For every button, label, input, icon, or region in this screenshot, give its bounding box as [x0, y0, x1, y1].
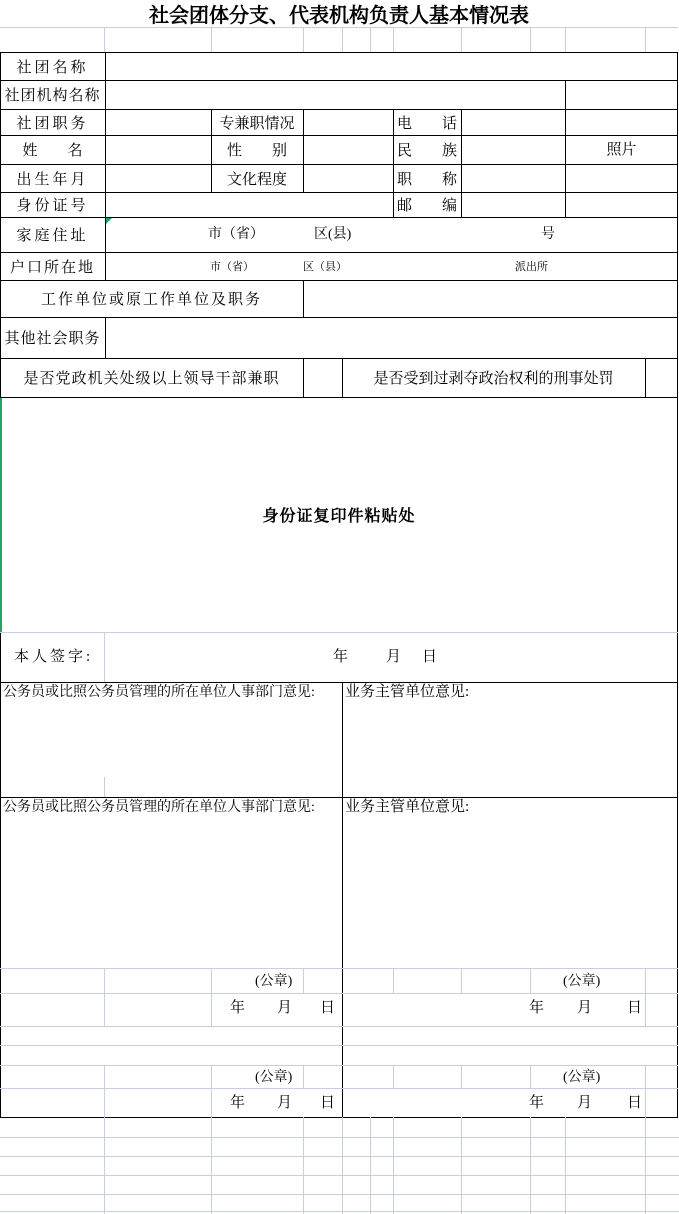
grid-line-v	[104, 1117, 105, 1214]
supervisor-opinion-area-1[interactable]	[343, 683, 676, 796]
grid-line-h	[0, 968, 678, 969]
grid-line-v	[461, 27, 462, 52]
penalty-question-label: 是否受到过剥夺政治权利的刑事处罚	[342, 358, 645, 397]
grid-line-v	[530, 1065, 531, 1088]
grid-line-v	[530, 27, 531, 52]
party-answer-cell[interactable]	[304, 359, 341, 396]
assoc-name-input-cell[interactable]	[106, 53, 677, 79]
grid-line-v	[104, 777, 105, 797]
signature-label: 本人签字:	[14, 649, 93, 666]
grid-line-h	[0, 1194, 679, 1195]
grid-line-h	[0, 1211, 679, 1212]
birth-label: 出生年月	[0, 164, 105, 192]
grid-line-h	[0, 993, 678, 994]
grid-line-v	[211, 993, 212, 1026]
grid-line-v	[370, 1117, 371, 1214]
grid-line-v	[104, 632, 105, 682]
table-border-v	[105, 317, 106, 358]
name-input-cell[interactable]	[106, 136, 210, 163]
table-border-v	[303, 358, 304, 397]
table-border-h	[0, 192, 678, 193]
table-border-v	[211, 109, 212, 192]
table-border-h	[0, 682, 678, 683]
birth-input-cell[interactable]	[106, 165, 210, 191]
grid-line-v	[565, 27, 566, 52]
grid-line-v	[645, 993, 646, 1026]
grid-line-h	[0, 1175, 679, 1176]
table-border-v	[342, 358, 343, 397]
phone-input-cell[interactable]	[462, 110, 564, 134]
grid-line-v	[104, 1065, 105, 1088]
table-border-v	[105, 52, 106, 280]
grid-line-v	[342, 1117, 343, 1214]
table-border-h	[0, 109, 678, 110]
personnel-opinion-area-1[interactable]	[1, 683, 340, 796]
grid-line-h	[0, 1137, 679, 1138]
education-input-cell[interactable]	[304, 165, 392, 191]
table-border-h	[0, 52, 678, 53]
table-border-v	[461, 109, 462, 217]
grid-line-h	[0, 1088, 678, 1089]
table-border-h	[0, 280, 678, 281]
id-number-input-cell[interactable]	[106, 193, 392, 216]
grid-line-v	[530, 1117, 531, 1214]
table-border-h	[0, 397, 678, 398]
grid-line-v	[104, 968, 105, 993]
grid-line-v	[104, 27, 105, 52]
grid-line-v	[530, 968, 531, 993]
table-border-v	[393, 109, 394, 217]
grid-line-v	[104, 1088, 105, 1117]
duty-type-input-cell[interactable]	[304, 110, 392, 134]
table-border-h	[0, 358, 678, 359]
grid-line-v	[211, 27, 212, 52]
org-name-input-cell[interactable]	[106, 81, 564, 108]
table-border-v	[645, 358, 646, 397]
grid-line-v	[393, 968, 394, 993]
grid-line-v	[645, 1088, 646, 1117]
grid-line-v	[565, 1117, 566, 1214]
grid-line-v	[393, 1065, 394, 1088]
org-name-label: 社团机构名称	[0, 80, 105, 109]
form-sheet: 社会团体分支、代表机构负责人基本情况表 社团名称 社团机构名称 社团职务 专兼职…	[0, 0, 679, 1214]
assoc-post-input-cell[interactable]	[106, 110, 210, 134]
grid-line-v	[461, 1065, 462, 1088]
grid-line-h	[0, 1065, 678, 1066]
id-number-label: 身份证号	[0, 192, 105, 217]
table-border-h	[0, 164, 678, 165]
grid-line-v	[645, 27, 646, 52]
gender-label: 性 别	[211, 135, 303, 164]
table-border-h	[0, 217, 678, 218]
table-border-v	[0, 52, 1, 397]
grid-line-v	[393, 1117, 394, 1214]
education-label: 文化程度	[211, 164, 303, 192]
duty-type-label: 专兼职情况	[211, 109, 303, 135]
registry-input-cell[interactable]	[106, 253, 677, 279]
table-border-h	[0, 135, 678, 136]
grid-line-v	[303, 27, 304, 52]
table-border-h	[0, 252, 678, 253]
id-paste-area[interactable]	[1, 398, 677, 631]
grid-line-v	[461, 968, 462, 993]
registry-label: 户口所在地	[0, 252, 105, 280]
table-border-h	[0, 797, 678, 798]
grid-line-v	[211, 1117, 212, 1214]
assoc-name-label: 社团名称	[0, 52, 105, 80]
party-question-label: 是否党政机关处级以上领导干部兼职	[0, 358, 303, 397]
table-border-v	[303, 109, 304, 192]
grid-line-v	[211, 968, 212, 993]
table-border-h	[0, 317, 678, 318]
zip-input-cell[interactable]	[462, 193, 564, 216]
grid-line-v	[461, 1117, 462, 1214]
grid-line-v	[342, 27, 343, 52]
table-border-v	[342, 682, 343, 1117]
ethnicity-label: 民 族	[393, 135, 461, 164]
work-unit-label: 工作单位或原工作单位及职务	[0, 280, 303, 317]
grid-line-v	[104, 993, 105, 1026]
phone-label: 电 话	[393, 109, 461, 135]
name-label: 姓 名	[0, 135, 105, 164]
grid-line-v	[303, 1117, 304, 1214]
prof-title-label: 职 称	[393, 164, 461, 192]
grid-line-v	[211, 1065, 212, 1088]
prof-title-input-cell[interactable]	[462, 165, 564, 191]
grid-line-v	[370, 27, 371, 52]
grid-line-h	[0, 1026, 678, 1027]
signature-input-area[interactable]	[106, 633, 677, 681]
other-posts-input-cell[interactable]	[106, 318, 677, 357]
grid-line-v	[393, 27, 394, 52]
grid-line-v	[645, 1065, 646, 1088]
home-address-label: 家庭住址	[0, 217, 105, 252]
assoc-post-label: 社团职务	[0, 109, 105, 135]
page-title: 社会团体分支、代表机构负责人基本情况表	[0, 0, 678, 27]
grid-line-v	[211, 1088, 212, 1117]
penalty-answer-cell[interactable]	[646, 359, 677, 396]
table-border-h	[0, 1117, 678, 1118]
grid-line-v	[645, 1117, 646, 1214]
home-address-input-cell[interactable]	[106, 218, 677, 251]
grid-line-h	[0, 27, 678, 28]
table-border-v	[677, 52, 678, 1117]
grid-line-h	[0, 1156, 679, 1157]
other-posts-label: 其他社会职务	[0, 317, 105, 358]
table-border-h	[0, 80, 678, 81]
grid-line-h	[0, 1045, 678, 1046]
work-unit-input-cell[interactable]	[304, 281, 677, 316]
table-border-v	[565, 80, 566, 217]
grid-line-v	[303, 1065, 304, 1088]
photo-area[interactable]	[566, 81, 677, 216]
table-border-v	[303, 280, 304, 317]
ethnicity-input-cell[interactable]	[462, 136, 564, 163]
grid-line-v	[645, 968, 646, 993]
personnel-opinion-area-2[interactable]	[1, 798, 340, 1116]
zip-label: 邮 编	[393, 192, 461, 217]
grid-line-h	[0, 632, 678, 633]
grid-line-v	[303, 968, 304, 993]
gender-input-cell[interactable]	[304, 136, 392, 163]
